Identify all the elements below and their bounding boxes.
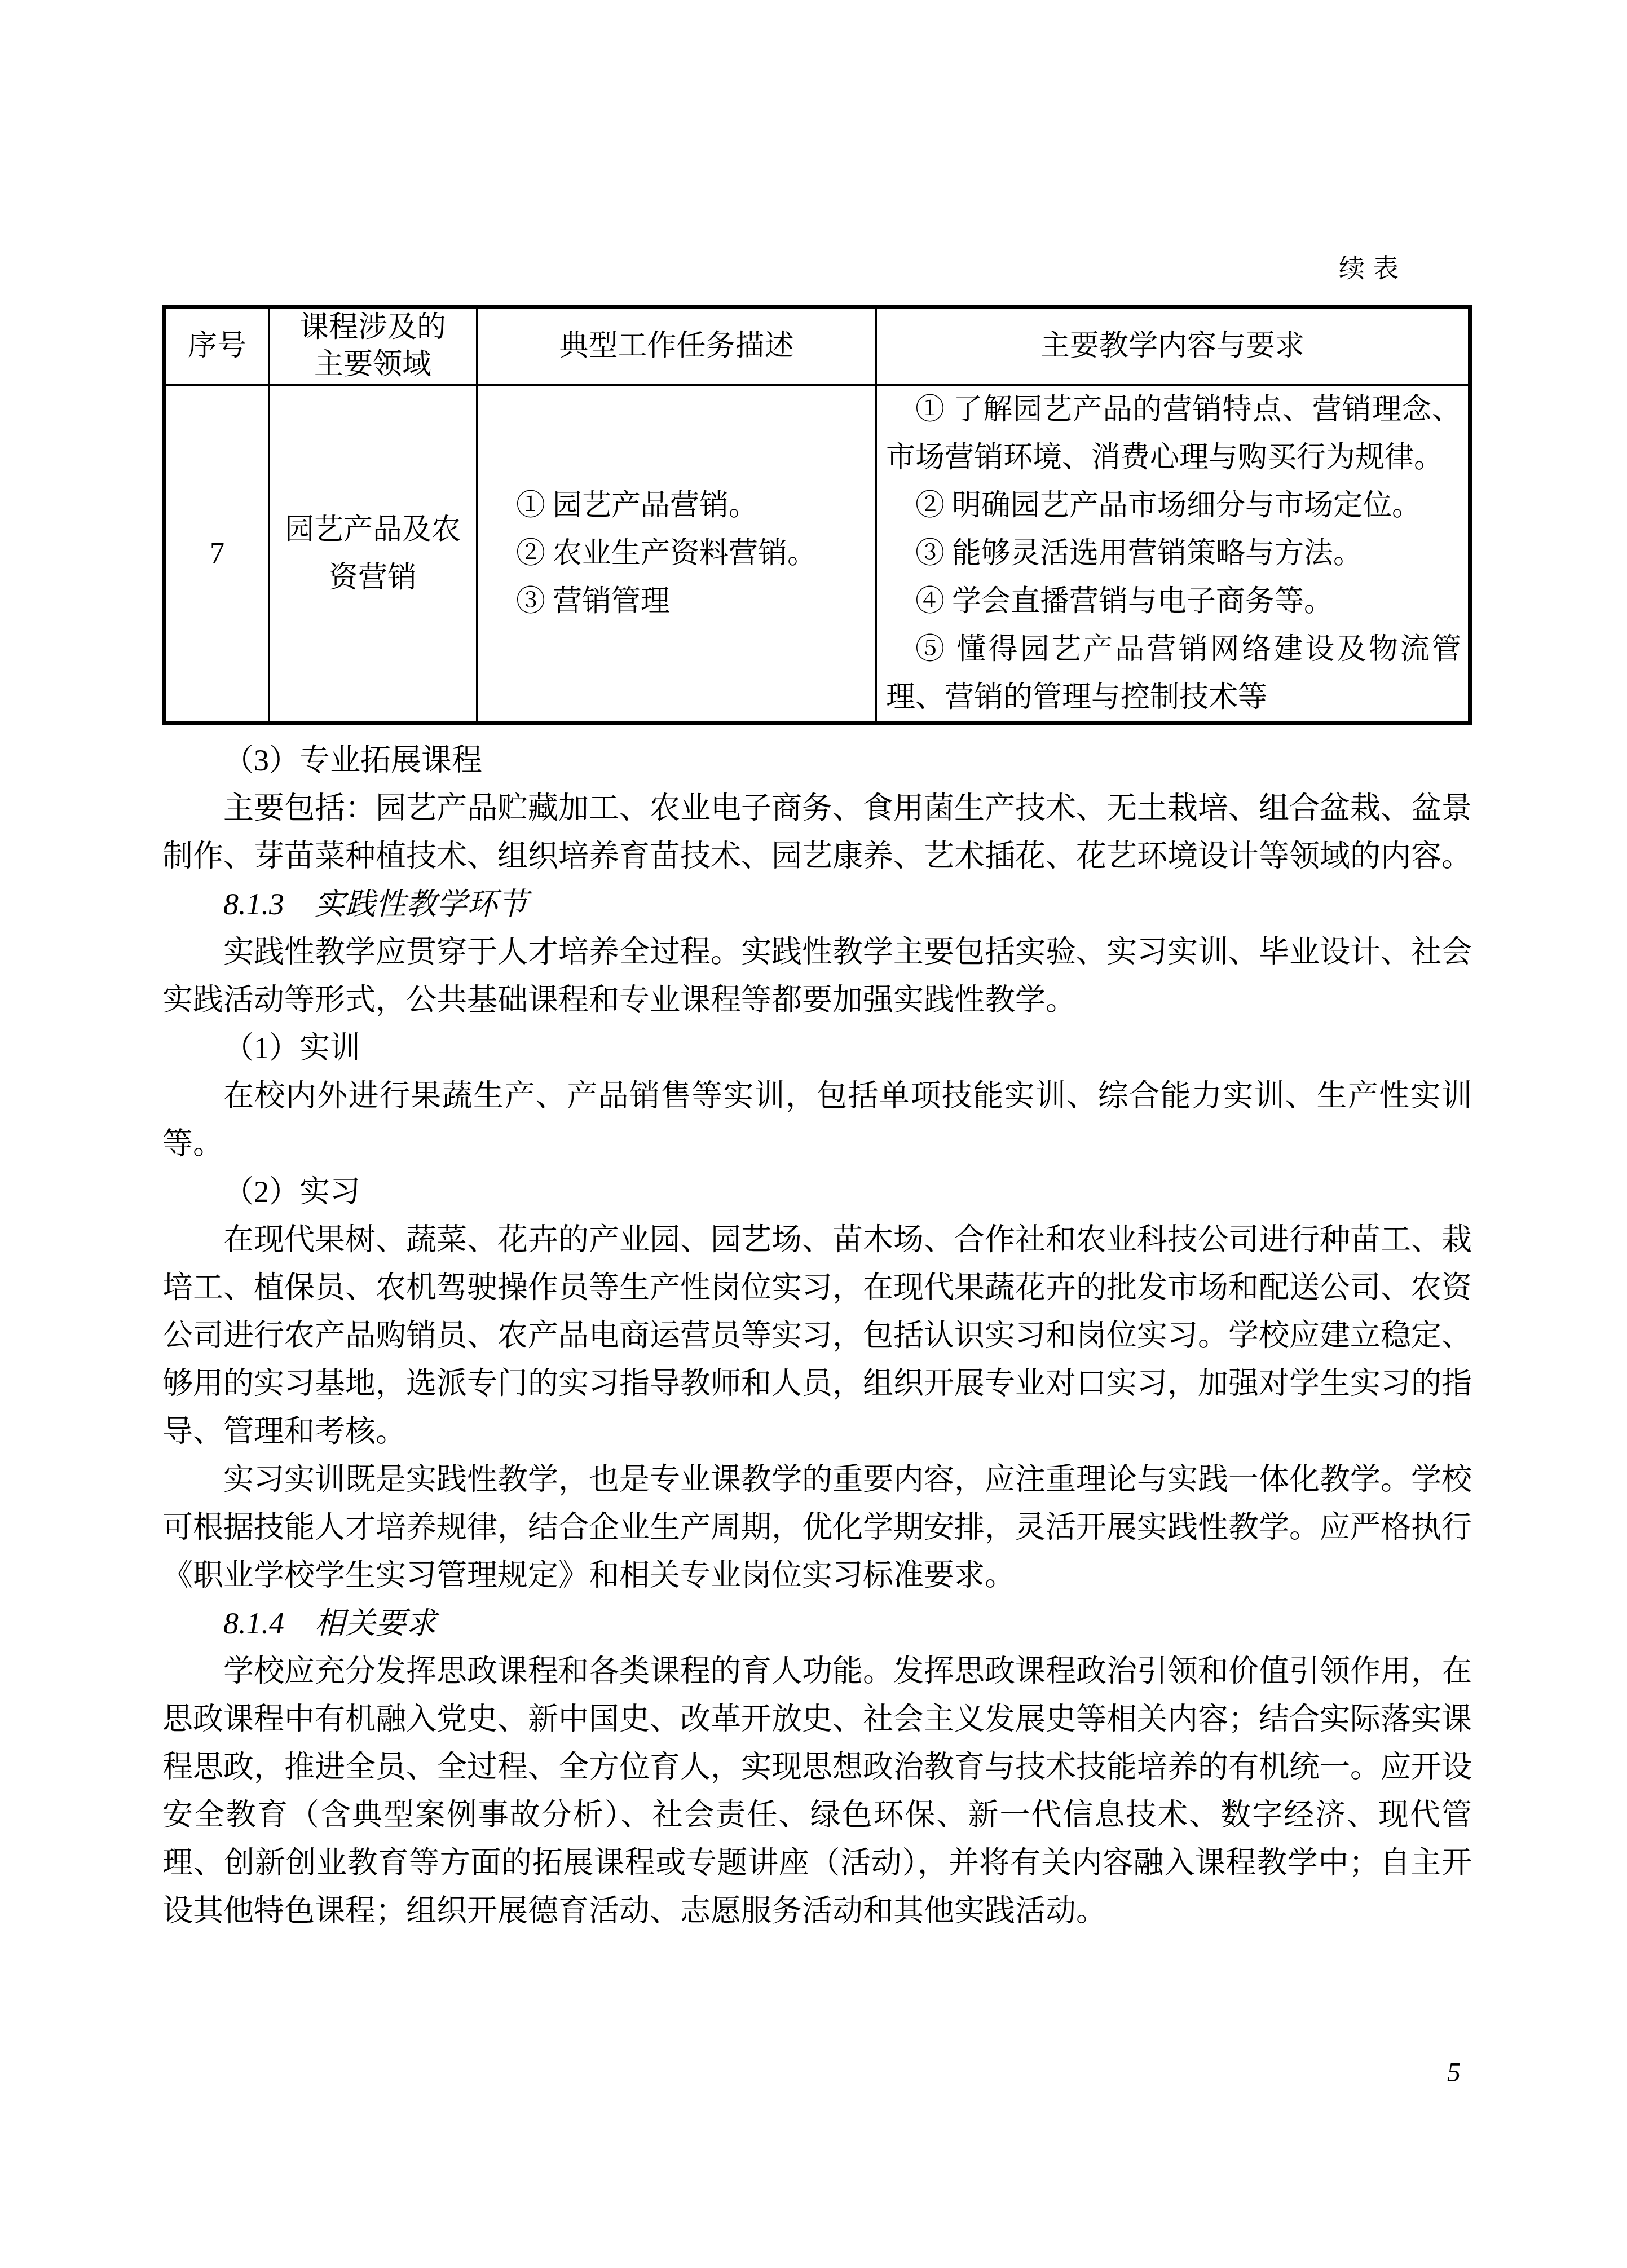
paragraph-training: 在校内外进行果蔬生产、产品销售等实训，包括单项技能实训、综合能力实训、生产性实训…	[162, 1072, 1472, 1168]
paragraph-expansion-courses: 主要包括：园艺产品贮藏加工、农业电子商务、食用菌生产技术、无土栽培、组合盆栽、盆…	[162, 785, 1472, 880]
header-cell-requirements: 主要教学内容与要求	[876, 307, 1470, 385]
requirement-item: ② 明确园艺产品市场细分与市场定位。	[886, 482, 1461, 530]
continued-table-label: 续表	[162, 251, 1472, 286]
table-header-row: 序号 课程涉及的主要领域 典型工作任务描述 主要教学内容与要求	[165, 307, 1470, 385]
subheading-training: （1）实训	[162, 1024, 1472, 1072]
cell-serial-number: 7	[165, 385, 269, 724]
requirement-item: ③ 能够灵活选用营销策略与方法。	[886, 530, 1461, 578]
requirement-item: ① 了解园艺产品的营销特点、营销理念、市场营销环境、消费心理与购买行为规律。	[886, 386, 1461, 482]
heading-8-1-4: 8.1.4 相关要求	[162, 1600, 1472, 1648]
body-text: （3）专业拓展课程 主要包括：园艺产品贮藏加工、农业电子商务、食用菌生产技术、无…	[162, 737, 1472, 1935]
paragraph-internship: 在现代果树、蔬菜、花卉的产业园、园艺场、苗木场、合作社和农业科技公司进行种苗工、…	[162, 1216, 1472, 1456]
paragraph-practical-teaching: 实践性教学应贯穿于人才培养全过程。实践性教学主要包括实验、实习实训、毕业设计、社…	[162, 928, 1472, 1024]
task-item: ③ 营销管理	[516, 578, 870, 626]
cell-teaching-requirements: ① 了解园艺产品的营销特点、营销理念、市场营销环境、消费心理与购买行为规律。 ②…	[876, 385, 1470, 724]
document-page: 续表 序号 课程涉及的主要领域 典型工作任务描述 主要教学内容与要求 7	[0, 0, 1627, 2268]
heading-8-1-3: 8.1.3 实践性教学环节	[162, 880, 1472, 928]
cell-main-area: 园艺产品及农资营销	[269, 385, 477, 724]
header-cell-no: 序号	[165, 307, 269, 385]
page-content: 续表 序号 课程涉及的主要领域 典型工作任务描述 主要教学内容与要求 7	[0, 0, 1627, 1935]
header-cell-tasks: 典型工作任务描述	[477, 307, 876, 385]
table-row: 7 园艺产品及农资营销 ① 园艺产品营销。 ② 农业生产资料营销。 ③ 营销管理…	[165, 385, 1470, 724]
cell-typical-tasks: ① 园艺产品营销。 ② 农业生产资料营销。 ③ 营销管理	[477, 385, 876, 724]
task-item: ② 农业生产资料营销。	[516, 530, 870, 578]
requirement-item: ⑤ 懂得园艺产品营销网络建设及物流管理、营销的管理与控制技术等	[886, 626, 1461, 721]
paragraph-related-requirements: 学校应充分发挥思政课程和各类课程的育人功能。发挥思政课程政治引领和价值引领作用，…	[162, 1648, 1472, 1935]
header-cell-area: 课程涉及的主要领域	[269, 307, 477, 385]
paragraph-internship-training: 实习实训既是实践性教学，也是专业课教学的重要内容，应注重理论与实践一体化教学。学…	[162, 1456, 1472, 1600]
subheading-internship: （2）实习	[162, 1168, 1472, 1216]
course-table: 序号 课程涉及的主要领域 典型工作任务描述 主要教学内容与要求 7 园艺产品及农…	[162, 305, 1472, 725]
subheading-expansion-courses: （3）专业拓展课程	[162, 737, 1472, 785]
task-item: ① 园艺产品营销。	[516, 482, 870, 530]
page-number: 5	[1447, 2056, 1461, 2090]
requirement-item: ④ 学会直播营销与电子商务等。	[886, 578, 1461, 626]
